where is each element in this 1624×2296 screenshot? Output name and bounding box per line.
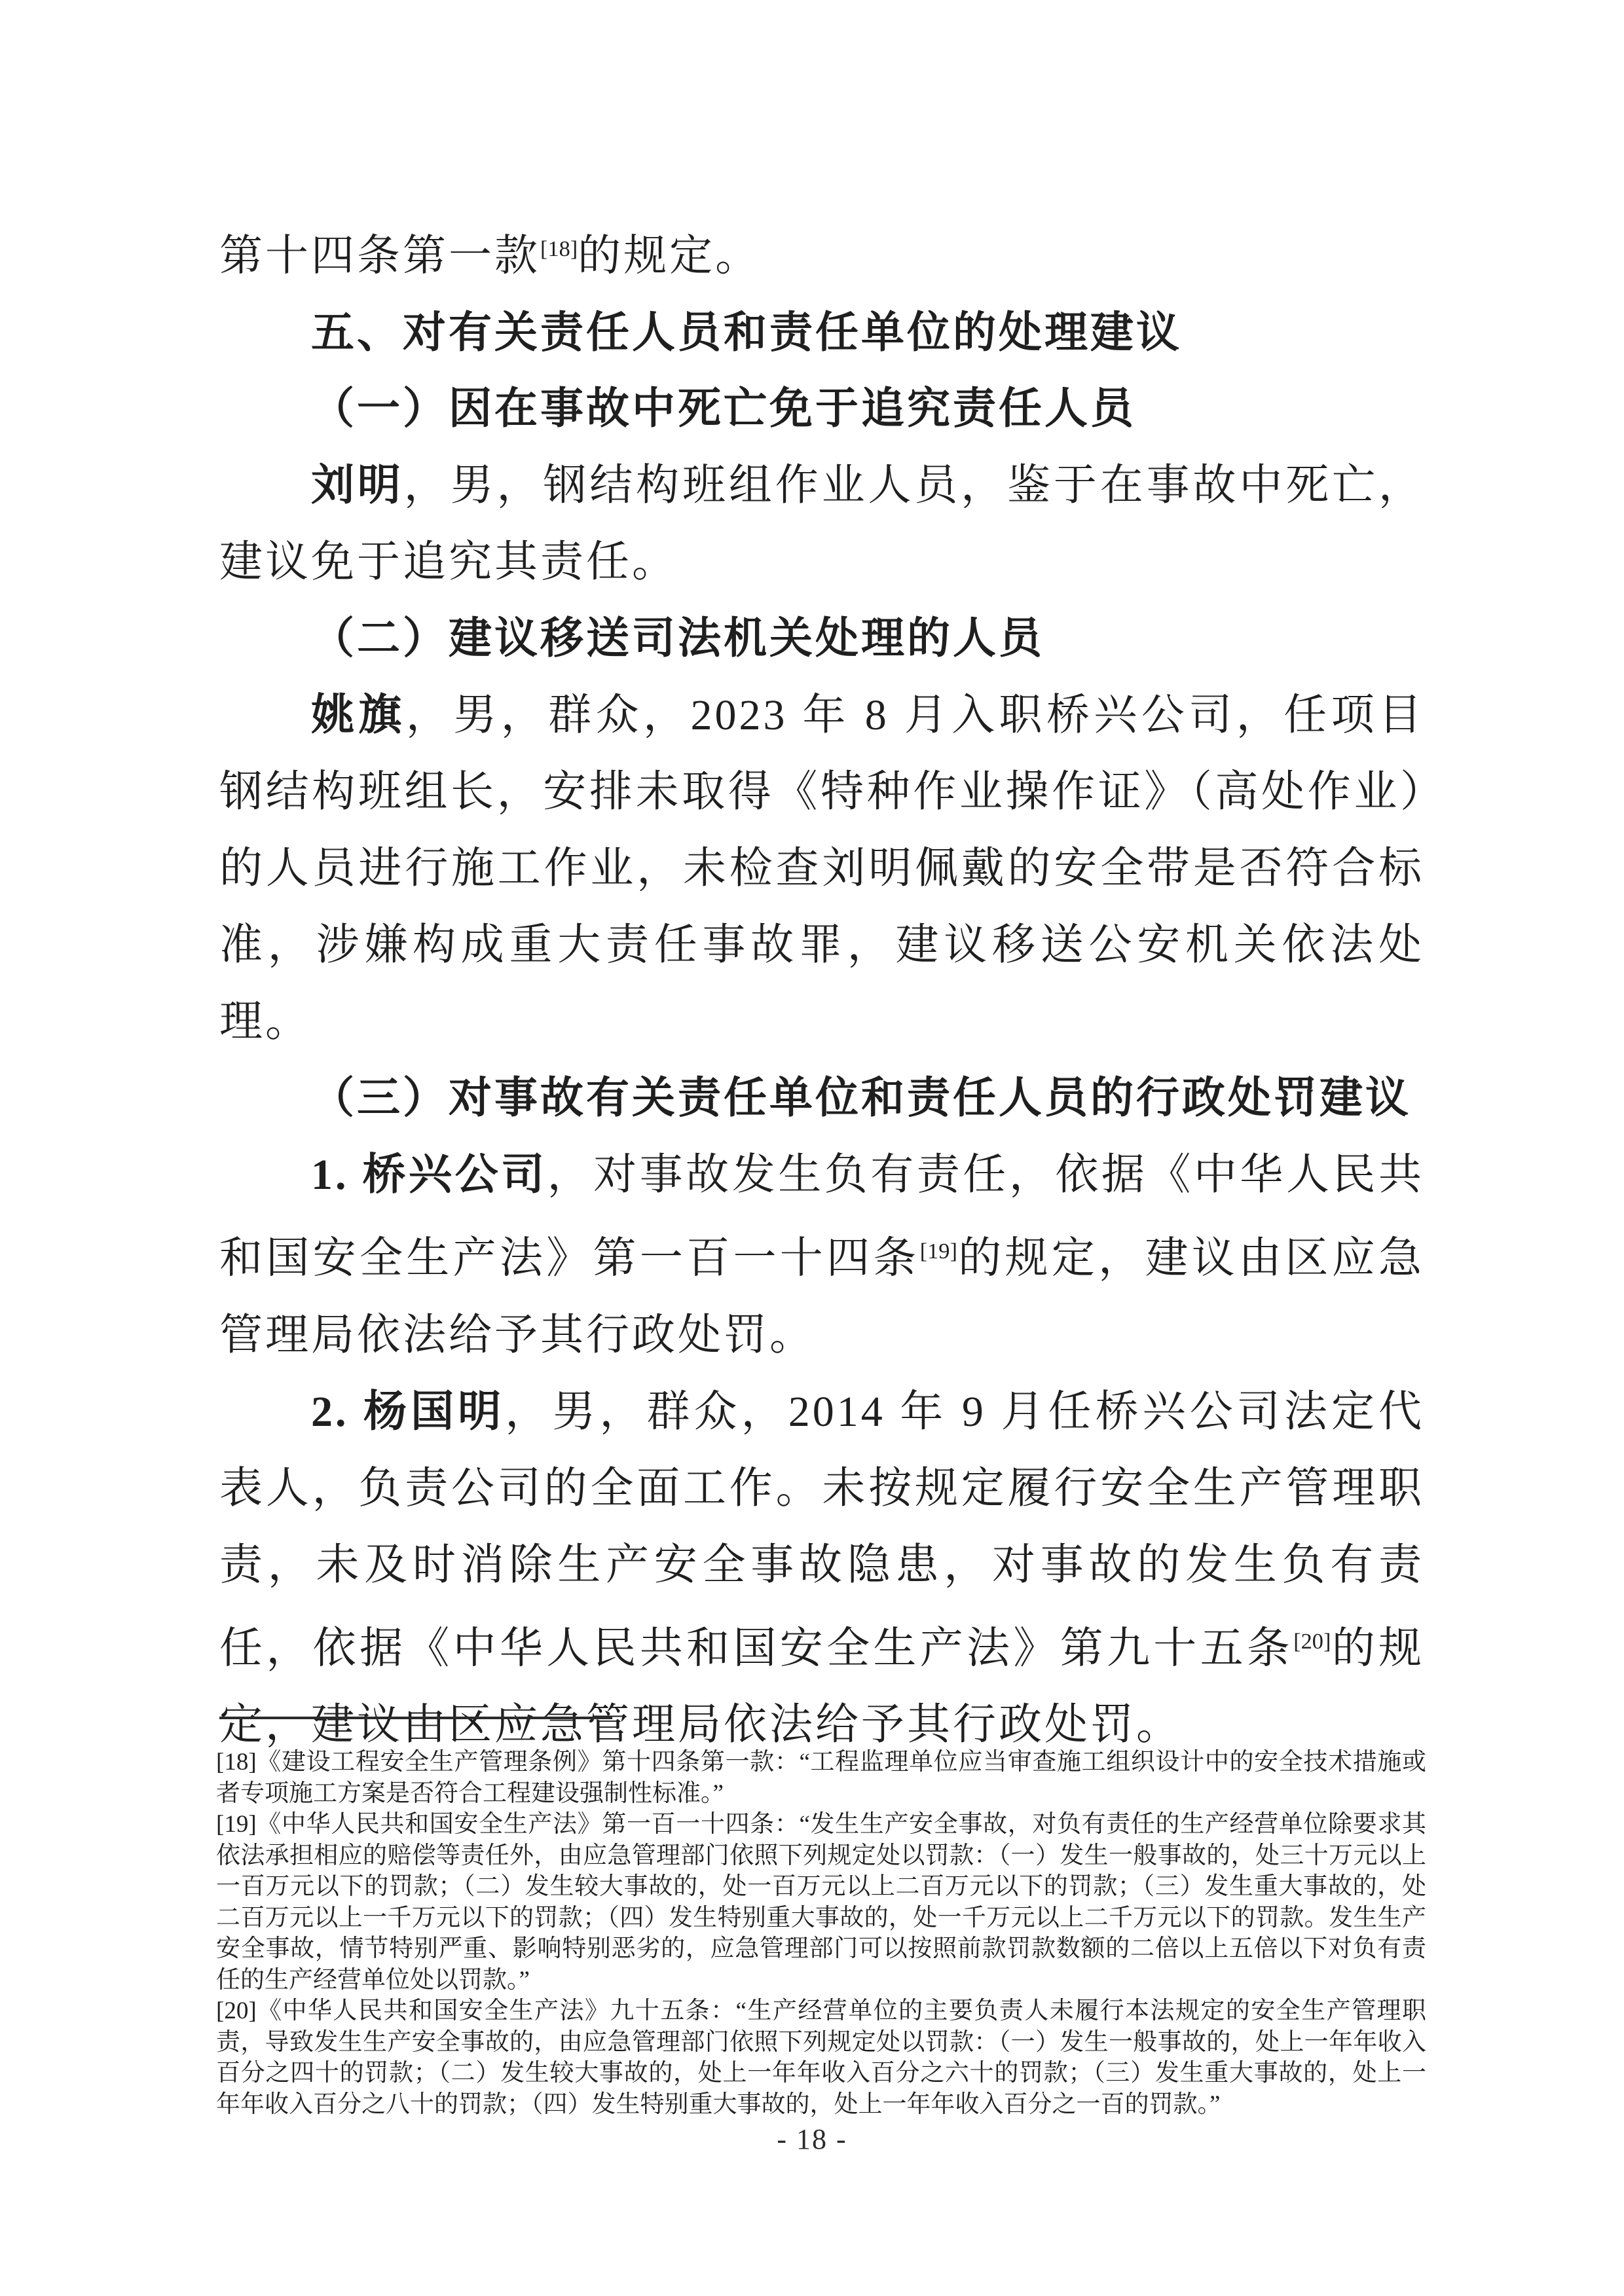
footnote-reference: [20]	[1293, 1629, 1331, 1654]
para-liuming: 刘明，男，钢结构班组作业人员，鉴于在事故中死亡，建议免于追究其责任。	[219, 447, 1424, 600]
footnote-item: [19]《中华人民共和国安全生产法》第一百一十四条：“发生生产安全事故，对负有责…	[216, 1809, 1426, 1995]
footnotes: [18]《建设工程安全生产管理条例》第十四条第一款：“工程监理单位应当审查施工组…	[216, 1747, 1426, 2120]
footnote-marker: [20]	[216, 1997, 257, 2024]
footnote-marker: [18]	[216, 1749, 257, 1776]
heading-sub-one: （一）因在事故中死亡免于追究责任人员	[219, 371, 1424, 447]
para-continuation: 第十四条第一款[18]的规定。	[219, 211, 1424, 294]
footnote-separator	[219, 1717, 612, 1719]
heading-sub-three: （三）对事故有关责任单位和责任人员的行政处罚建议	[219, 1060, 1424, 1137]
footnote-text: 《中华人民共和国安全生产法》九十五条：“生产经营单位的主要负责人未履行本法规定的…	[216, 1997, 1426, 2118]
emphasized-name: 1. 桥兴公司	[311, 1151, 547, 1199]
footnote-marker: [19]	[216, 1811, 257, 1838]
heading-sub-two: （二）建议移送司法机关处理的人员	[219, 600, 1424, 677]
body-run: 第十四条第一款	[219, 232, 540, 280]
footnote-reference: [19]	[920, 1239, 957, 1264]
footnote-reference: [18]	[540, 236, 578, 261]
para-yangguoming: 2. 杨国明，男，群众，2014 年 9 月任桥兴公司法定代表人，负责公司的全面…	[219, 1374, 1424, 1763]
footnote-text: 《建设工程安全生产管理条例》第十四条第一款：“工程监理单位应当审查施工组织设计中…	[216, 1749, 1426, 1807]
body-run: （二）建议移送司法机关处理的人员	[311, 615, 1044, 663]
footnote-item: [20]《中华人民共和国安全生产法》九十五条：“生产经营单位的主要负责人未履行本…	[216, 1995, 1426, 2120]
heading-section-five: 五、对有关责任人员和责任单位的处理建议	[219, 294, 1424, 371]
body-text: 第十四条第一款[18]的规定。五、对有关责任人员和责任单位的处理建议（一）因在事…	[219, 211, 1424, 1763]
body-run: 五、对有关责任人员和责任单位的处理建议	[311, 308, 1182, 356]
body-run: ，男，群众，2023 年 8 月入职桥兴公司，任项目钢结构班组长，安排未取得《特…	[219, 691, 1424, 1046]
emphasized-name: 刘明	[311, 462, 404, 509]
footnote-item: [18]《建设工程安全生产管理条例》第十四条第一款：“工程监理单位应当审查施工组…	[216, 1747, 1426, 1809]
body-run: （三）对事故有关责任单位和责任人员的行政处罚建议	[311, 1074, 1411, 1122]
para-qiaoxing-company: 1. 桥兴公司，对事故发生负有责任，依据《中华人民共和国安全生产法》第一百一十四…	[219, 1137, 1424, 1373]
document-page: 第十四条第一款[18]的规定。五、对有关责任人员和责任单位的处理建议（一）因在事…	[0, 0, 1624, 2296]
emphasized-name: 姚旗	[311, 691, 406, 739]
para-yaoqi: 姚旗，男，群众，2023 年 8 月入职桥兴公司，任项目钢结构班组长，安排未取得…	[219, 677, 1424, 1060]
emphasized-name: 2. 杨国明	[311, 1388, 505, 1436]
footnote-text: 《中华人民共和国安全生产法》第一百一十四条：“发生生产安全事故，对负有责任的生产…	[216, 1811, 1426, 1994]
body-run: （一）因在事故中死亡免于追究责任人员	[311, 385, 1136, 433]
page-number: - 18 -	[0, 2123, 1624, 2156]
body-run: 的规定。	[578, 232, 761, 280]
